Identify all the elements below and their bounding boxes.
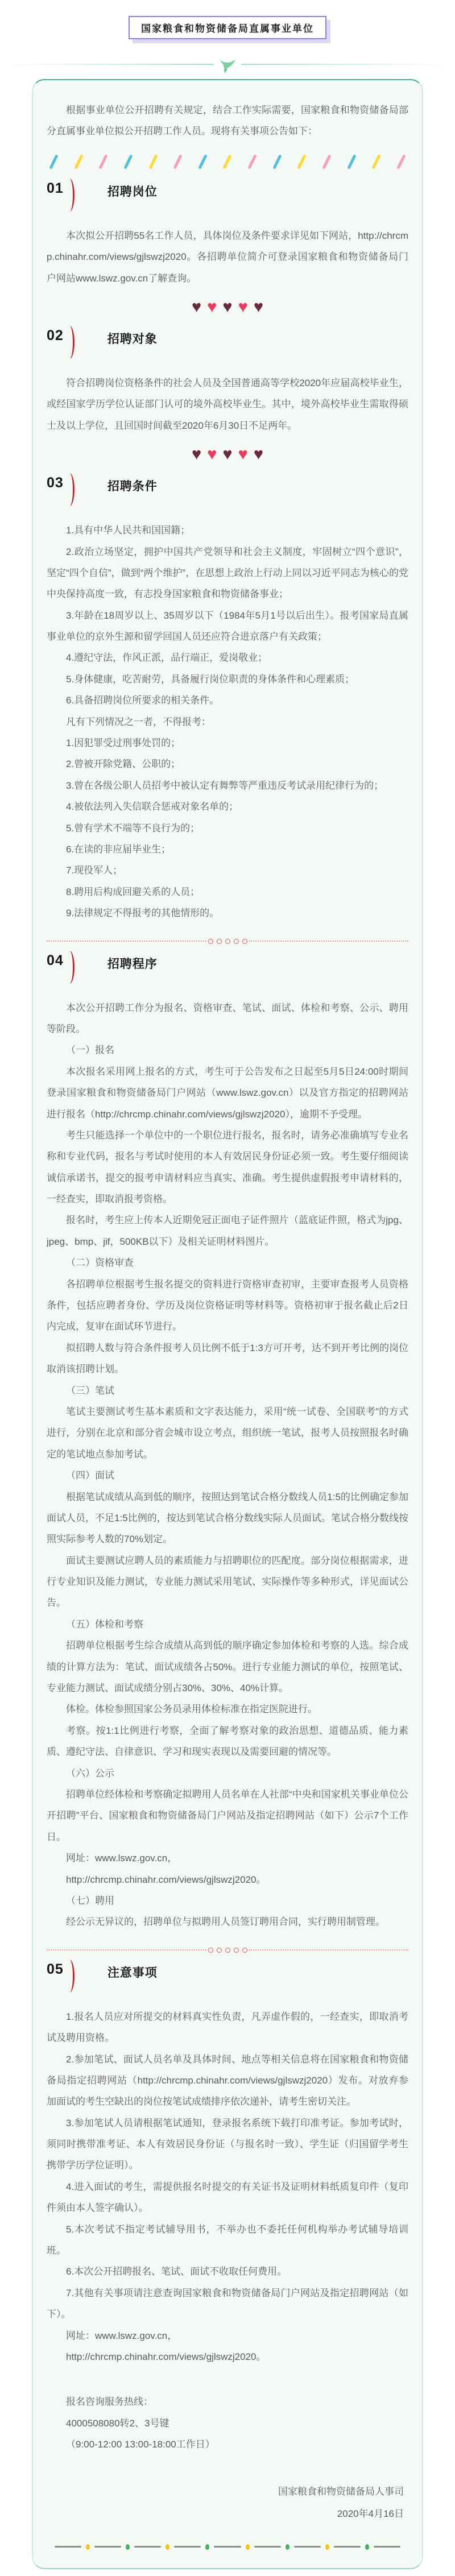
body-paragraph: 招聘单位根据考生综合成绩从高到低的顺序确定参加体检和考察的人选。综合成绩的计算方… (47, 1635, 408, 1699)
body-paragraph: 考察。按1:1比例进行考察，全面了解考察对象的政治思想、道德品质、能力素质、遵纪… (47, 1720, 408, 1763)
body-paragraph: 3.曾在各级公职人员招考中被认定有舞弊等严重违反考试录用纪律行为的； (47, 775, 408, 796)
dot-icon (86, 2544, 90, 2550)
circle-dot-icon (217, 1948, 222, 1953)
circle-dot-icon (242, 939, 247, 944)
announcement-section: 03 招聘条件 1.具有中华人民共和国国籍；2.政治立场坚定，拥护中国共产党领导… (47, 474, 408, 943)
page-title: 国家粮食和物资储备局直属事业单位 (129, 16, 326, 39)
body-paragraph: 报名时，考生应上传本人近期免冠正面电子证件照片（蓝底证件照，格式为jpg、jpe… (47, 1210, 408, 1252)
section-number: 02 (47, 327, 64, 344)
section-header: 03 招聘条件 (47, 474, 408, 506)
dot-icon (365, 2544, 369, 2550)
hotline-line: 4000508080转2、3号键 (47, 2413, 408, 2434)
dash-icon (214, 2546, 241, 2548)
circle-dot-icon (208, 939, 213, 944)
body-paragraph: 5.曾有学术不端等不良行为的； (47, 818, 408, 839)
body-paragraph: 7.现役军人； (47, 860, 408, 881)
body-paragraph: 6.具备招聘岗位所要求的相关条件。 (47, 690, 408, 711)
section-number: 05 (47, 1961, 64, 1978)
heart-icon: ♥ (222, 298, 232, 316)
body-paragraph: 根据笔试成绩从高到低的顺序，按照达到笔试合格分数线人员1:5的比例确定参加面试人… (47, 1486, 408, 1550)
dot-icon (166, 2544, 169, 2550)
slash-icon (123, 155, 133, 169)
slash-icon (74, 155, 83, 169)
body-paragraph: 2.政治立场坚定，拥护中国共产党领导和社会主义制度，牢固树立“四个意识”，坚定“… (47, 541, 408, 605)
slash-icon (297, 155, 307, 169)
dash-icon (55, 2546, 81, 2548)
heart-icon: ♥ (238, 298, 248, 316)
body-paragraph: 4.遵纪守法，作风正派，品行端正，爱岗敬业； (47, 647, 408, 668)
heart-icon: ♥ (192, 298, 201, 316)
body-paragraph: （六）公示 (47, 1763, 408, 1784)
heart-icon: ♥ (207, 445, 217, 463)
body-paragraph: 5.身体健康，吃苦耐劳，具备履行岗位职责的身体条件和心理素质； (47, 669, 408, 690)
slash-icon (173, 155, 183, 169)
slash-icon (148, 155, 158, 169)
body-paragraph: 凡有下列情况之一者，不得报考： (47, 711, 408, 732)
signature-department: 国家粮食和物资储备局人事司 (47, 2480, 404, 2503)
dash-icon (254, 2546, 281, 2548)
slash-icon (49, 155, 58, 169)
hotline-line: 报名咨询服务热线： (47, 2391, 408, 2412)
dash-icon (374, 2546, 400, 2548)
body-paragraph: 考生只能选择一个单位中的一个职位进行报名，报名时，请务必准确填写专业名称和专业代… (47, 1125, 408, 1210)
paper-plane-icon (216, 53, 239, 76)
body-paragraph: 4.进入面试的考生，需提供报名时提交的有关证书及证明材料纸质复印件（复印件须由本… (47, 2176, 408, 2219)
signature-block: 国家粮食和物资储备局人事司 2020年4月16日 (47, 2480, 408, 2525)
hearts-divider: ♥♥♥♥♥ (47, 446, 408, 463)
body-paragraph: 本次公开招聘工作分为报名、资格审查、笔试、面试、体检和考察、公示、聘用等阶段。 (47, 997, 408, 1040)
announcement-page: 国家粮食和物资储备局直属事业单位 根据事业单位公开招聘有关规定，结合工作实际需要… (0, 0, 455, 2569)
section-header: 01 招聘岗位 (47, 180, 408, 212)
body-paragraph: http://chrcmp.chinahr.com/views/gjlswzj2… (47, 2346, 408, 2367)
body-paragraph: 1.因犯罪受过刑事处罚的； (47, 732, 408, 753)
signature-date: 2020年4月16日 (47, 2503, 404, 2525)
dash-icon (94, 2546, 121, 2548)
intro-paragraph: 根据事业单位公开招聘有关规定，结合工作实际需要，国家粮食和物资储备局部分直属事业… (47, 100, 408, 142)
red-paren-decoration (65, 326, 75, 359)
slash-icon (99, 155, 108, 169)
dot-icon (205, 2544, 209, 2550)
body-paragraph: 9.法律规定不得报考的其他情形的。 (47, 902, 408, 923)
body-paragraph: 面试主要测试应聘人员的素质能力与招聘职位的匹配度。部分岗位根据需求，进行专业知识… (47, 1550, 408, 1614)
body-paragraph: 体检。体检参照国家公务员录用体检标准在指定医院进行。 (47, 1699, 408, 1720)
body-paragraph: （二）资格审查 (47, 1252, 408, 1273)
body-paragraph: 1.报名人员应对所提交的材料真实性负责，凡弄虚作假的，一经查实，即取消考试及聘用… (47, 2006, 408, 2049)
bottom-divider-decoration (50, 2544, 405, 2550)
body-paragraph: 网址：www.lswz.gov.cn， (47, 1848, 408, 1869)
body-paragraph: 笔试主要测试考生基本素质和文字表达能力，采用“统一试卷、全国联考”的方式进行，分… (47, 1401, 408, 1465)
slash-icon (247, 155, 257, 169)
body-paragraph: 1.具有中华人民共和国国籍； (47, 520, 408, 541)
body-paragraph: 招聘单位经体检和考察确定拟聘用人员名单在人社部“中央和国家机关事业单位公开招聘”… (47, 1784, 408, 1848)
body-paragraph: （七）聘用 (47, 1890, 408, 1911)
announcement-card: 根据事业单位公开招聘有关规定，结合工作实际需要，国家粮食和物资储备局部分直属事业… (32, 79, 423, 2569)
body-paragraph: 本次报名采用网上报名的方式，考生可于公告发布之日起至5月5日24:00时期间登录… (47, 1061, 408, 1125)
dot-icon (126, 2544, 130, 2550)
body-paragraph: 8.聘用后构成回避关系的人员； (47, 881, 408, 902)
section-number: 04 (47, 952, 64, 969)
dash-icon (134, 2546, 161, 2548)
heart-icon: ♥ (254, 445, 263, 463)
hotline-line: （9:00-12:00 13:00-18:00工作日） (47, 2434, 408, 2455)
red-paren-decoration (65, 473, 75, 506)
announcement-section: 02 招聘对象 符合招聘岗位资格条件的社会人员及全国普通高等学校2020年应届高… (47, 327, 408, 463)
announcement-section: 05 注意事项 1.报名人员应对所提交的材料真实性负责，凡弄虚作假的，一经查实，… (47, 1961, 408, 2368)
section-body: 1.报名人员应对所提交的材料真实性负责，凡弄虚作假的，一经查实，即取消考试及聘用… (47, 2006, 408, 2368)
heart-icon: ♥ (192, 445, 201, 463)
slash-icon (396, 155, 406, 169)
red-paren-decoration (65, 179, 75, 212)
section-title: 招聘对象 (107, 330, 158, 347)
section-title: 注意事项 (107, 1964, 158, 1981)
dotted-divider (47, 1948, 408, 1953)
body-paragraph: 2.参加笔试、面试人员名单及具体时间、地点等相关信息将在国家粮食和物资储备局指定… (47, 2049, 408, 2113)
circle-dot-icon (234, 939, 239, 944)
section-header: 04 招聘程序 (47, 952, 408, 984)
hotline-block: 报名咨询服务热线：4000508080转2、3号键（9:00-12:00 13:… (47, 2391, 408, 2455)
body-paragraph: 符合招聘岗位资格条件的社会人员及全国普通高等学校2020年应届高校毕业生，或经国… (47, 372, 408, 436)
title-divider (8, 53, 447, 76)
red-paren-decoration (65, 1960, 75, 1993)
slash-icon (272, 155, 282, 169)
heart-icon: ♥ (254, 298, 263, 316)
announcement-section: 01 招聘岗位 本次拟公开招聘55名工作人员，具体岗位及条件要求详见如下网站，h… (47, 180, 408, 316)
heart-icon: ♥ (238, 445, 248, 463)
body-paragraph: （五）体检和考察 (47, 1614, 408, 1635)
circle-dot-icon (234, 1948, 239, 1953)
slash-icon (198, 155, 207, 169)
hearts-divider: ♥♥♥♥♥ (47, 299, 408, 316)
section-title: 招聘程序 (107, 955, 158, 972)
dash-icon (174, 2546, 201, 2548)
dash-icon (334, 2546, 361, 2548)
dotted-divider (47, 939, 408, 944)
heart-icon: ♥ (222, 445, 232, 463)
sections-container: 01 招聘岗位 本次拟公开招聘55名工作人员，具体岗位及条件要求详见如下网站，h… (47, 180, 408, 2368)
body-paragraph: 6.在读的非应届毕业生； (47, 839, 408, 860)
circle-dot-icon (242, 1948, 247, 1953)
body-paragraph: 7.其他有关事项请注意查询国家粮食和物资储备局门户网站及指定招聘网站（如下）。 (47, 2283, 408, 2325)
section-header: 02 招聘对象 (47, 327, 408, 359)
divider-line (8, 64, 214, 65)
dot-icon (325, 2544, 329, 2550)
circle-dot-icon (217, 939, 222, 944)
body-paragraph: 3.参加笔试人员请根据笔试通知，登录报名系统下载打印准考证。参加考试时，须同时携… (47, 2113, 408, 2176)
section-body: 1.具有中华人民共和国国籍；2.政治立场坚定，拥护中国共产党领导和社会主义制度，… (47, 520, 408, 923)
circle-dot-icon (225, 939, 230, 944)
body-paragraph: 2.曾被开除党籍、公职的； (47, 753, 408, 775)
dash-icon (294, 2546, 321, 2548)
dot-icon (286, 2544, 289, 2550)
body-paragraph: （四）面试 (47, 1465, 408, 1486)
red-paren-decoration (65, 951, 75, 984)
section-number: 03 (47, 474, 64, 491)
banner-wrap: 国家粮食和物资储备局直属事业单位 (0, 0, 455, 39)
body-paragraph: （一）报名 (47, 1039, 408, 1061)
dot-icon (246, 2544, 250, 2550)
body-paragraph: 各招聘单位根据考生报名提交的资料进行资格审查初审，主要审查报考人员资格条件，包括… (47, 1274, 408, 1337)
slash-icon (223, 155, 232, 169)
slash-icon (372, 155, 381, 169)
divider-line (241, 64, 447, 65)
body-paragraph: 4.被依法列入失信联合惩戒对象名单的； (47, 796, 408, 817)
body-paragraph: 本次拟公开招聘55名工作人员，具体岗位及条件要求详见如下网站，http://ch… (47, 225, 408, 289)
section-body: 本次拟公开招聘55名工作人员，具体岗位及条件要求详见如下网站，http://ch… (47, 225, 408, 289)
body-paragraph: 5.本次考试不指定考试辅导用书，不举办也不委托任何机构举办考试辅导培训班。 (47, 2219, 408, 2262)
body-paragraph: 3.年龄在18周岁以上、35周岁以下（1984年5月1号以后出生）。报考国家局直… (47, 605, 408, 648)
section-number: 01 (47, 180, 64, 197)
section-header: 05 注意事项 (47, 1961, 408, 1993)
section-body: 本次公开招聘工作分为报名、资格审查、笔试、面试、体检和考察、公示、聘用等阶段。（… (47, 997, 408, 1933)
section-title: 招聘岗位 (107, 183, 158, 200)
circle-dot-icon (225, 1948, 230, 1953)
body-paragraph: http://chrcmp.chinahr.com/views/gjlswzj2… (47, 1869, 408, 1890)
slash-icon (322, 155, 331, 169)
body-paragraph: 拟招聘人数与符合条件报考人员比例不低于1:3方可开考，达不到开考比例的岗位取消该… (47, 1337, 408, 1380)
section-body: 符合招聘岗位资格条件的社会人员及全国普通高等学校2020年应届高校毕业生，或经国… (47, 372, 408, 436)
circle-dot-icon (208, 1948, 213, 1953)
body-paragraph: （三）笔试 (47, 1380, 408, 1401)
announcement-section: 04 招聘程序 本次公开招聘工作分为报名、资格审查、笔试、面试、体检和考察、公示… (47, 952, 408, 1953)
body-paragraph: 网址：www.lswz.gov.cn， (47, 2325, 408, 2346)
body-paragraph: 6.本次公开招聘报名、笔试、面试不收取任何费用。 (47, 2261, 408, 2282)
slash-icon (347, 155, 356, 169)
body-paragraph: 经公示无异议的，招聘单位与拟聘用人员签订聘用合同，实行聘用制管理。 (47, 1911, 408, 1932)
slash-divider-decoration (52, 152, 403, 172)
section-title: 招聘条件 (107, 477, 158, 494)
heart-icon: ♥ (207, 298, 217, 316)
